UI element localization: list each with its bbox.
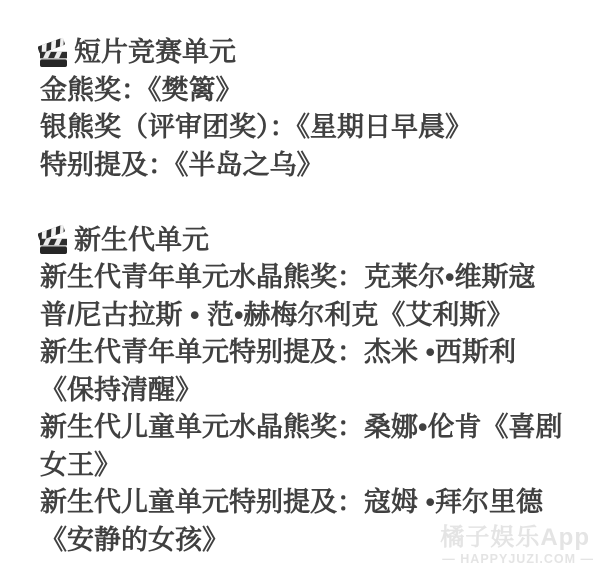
award-line: 金熊奖：《樊篱》 — [40, 72, 600, 110]
award-line: 新生代青年单元水晶熊奖：克莱尔•维斯寇 — [40, 259, 600, 297]
section-generation: 新生代单元 新生代青年单元水晶熊奖：克莱尔•维斯寇 普/尼古拉斯 • 范•赫梅尔… — [40, 222, 600, 560]
clapper-board-icon — [38, 224, 72, 256]
award-line: 特别提及：《半岛之乌》 — [40, 147, 600, 185]
award-line: 新生代儿童单元特别提及：寇姆 •拜尔里德 — [40, 484, 600, 522]
article-content: 短片竞赛单元 金熊奖：《樊篱》 银熊奖（评审团奖）：《星期日早晨》 特别提及：《… — [40, 34, 600, 559]
section-title: 短片竞赛单元 — [74, 34, 236, 72]
award-line: 新生代儿童单元水晶熊奖：桑娜•伦肯《喜剧 — [40, 409, 600, 447]
award-line: 《保持清醒》 — [40, 372, 600, 410]
award-line: 银熊奖（评审团奖）：《星期日早晨》 — [40, 109, 600, 147]
section-title: 新生代单元 — [74, 222, 209, 260]
watermark-domain: — HAPPYJUZI.COM — — [440, 553, 596, 567]
clapper-board-icon — [38, 37, 72, 69]
award-line: 女王》 — [40, 447, 600, 485]
section-header: 短片竞赛单元 — [40, 34, 600, 72]
award-line: 新生代青年单元特别提及：杰米 •西斯利 — [40, 334, 600, 372]
watermark-app-name: 橘子娱乐App — [440, 525, 596, 551]
article-page: 短片竞赛单元 金熊奖：《樊篱》 银熊奖（评审团奖）：《星期日早晨》 特别提及：《… — [0, 0, 600, 575]
watermark: 橘子娱乐App — HAPPYJUZI.COM — — [440, 525, 596, 567]
award-line: 普/尼古拉斯 • 范•赫梅尔利克《艾利斯》 — [40, 297, 600, 335]
section-short-film-competition: 短片竞赛单元 金熊奖：《樊篱》 银熊奖（评审团奖）：《星期日早晨》 特别提及：《… — [40, 34, 600, 184]
section-header: 新生代单元 — [40, 222, 600, 260]
